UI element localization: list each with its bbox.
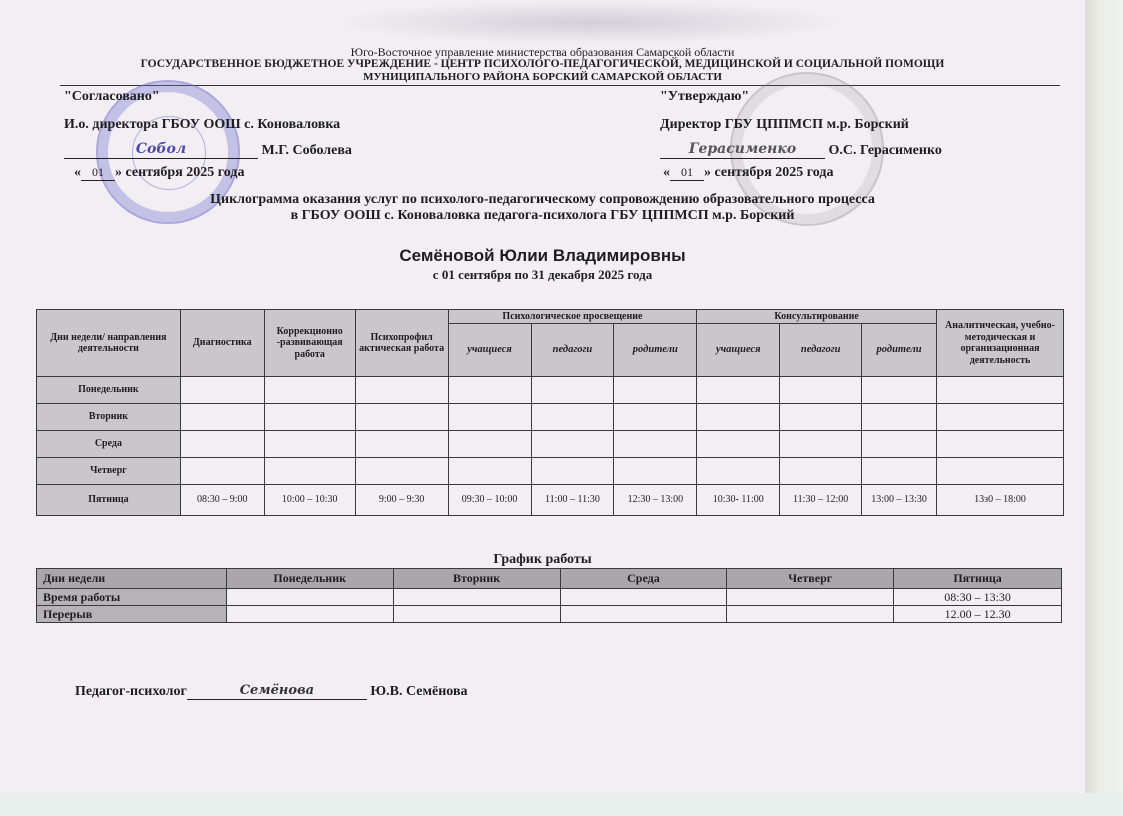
date-day: 01 [81,165,115,181]
schedule-cell [531,377,614,404]
schedule-cell: 11:00 – 11:30 [531,485,614,516]
schedule-cell [862,431,937,458]
schedule-cell: 08:30 – 9:00 [180,485,264,516]
scan-edge [1085,0,1123,816]
work-cell [560,606,727,623]
schedule-cell [180,458,264,485]
approval-left-date: «01» сентября 2025 года [74,165,244,181]
schedule-cell [862,377,937,404]
table-row: Понедельник [37,377,1064,404]
header-sub-teachers: педагоги [531,324,614,377]
schedule-cell [780,458,862,485]
header-sub-teachers: педагоги [780,324,862,377]
approval-left-position: И.о. директора ГБОУ ООШ с. Коноваловка [64,117,340,133]
day-cell: Вторник [37,404,181,431]
work-header-cell: Среда [560,569,727,589]
schedule-cell [355,458,448,485]
row-label: Время работы [37,589,227,606]
header-analytic: Аналитическая, учебно-методическая и орг… [937,310,1064,377]
document-title: Циклограмма оказания услуг по психолого-… [0,192,1085,208]
day-cell: Понедельник [37,377,181,404]
document-subtitle: в ГБОУ ООШ с. Коноваловка педагога-психо… [0,208,1085,224]
date-day: 01 [670,165,704,181]
header-divider [60,85,1060,86]
schedule-cell [355,377,448,404]
schedule-cell [264,458,355,485]
work-cell [560,589,727,606]
schedule-cell [448,458,531,485]
schedule-cell [780,377,862,404]
schedule-cell [448,377,531,404]
header-days: Дни недели/ направления деятельности [37,310,181,377]
signature-icon: Собол [136,141,186,157]
work-header-cell: Понедельник [226,569,393,589]
schedule-cell [697,431,780,458]
work-cell [393,606,560,623]
schedule-cell [697,458,780,485]
table-row: Время работы08:30 – 13:30 [37,589,1062,606]
schedule-cell [614,431,697,458]
row-label: Перерыв [37,606,227,623]
schedule-cell [780,404,862,431]
header-sub-parents: родители [614,324,697,377]
header-prevention: Психопрофил актическая работа [355,310,448,377]
signoff-name: Ю.В. Семёнова [370,684,467,699]
approval-left-label: "Согласовано" [64,89,160,105]
schedule-cell [448,404,531,431]
schedule-cell [531,404,614,431]
scan-smudge [330,0,850,45]
work-cell [727,606,894,623]
day-cell: Пятница [37,485,181,516]
schedule-cell [264,431,355,458]
approval-right-signature-line: Герасименко О.С. Герасименко [660,141,942,159]
schedule-cell [862,404,937,431]
schedule-cell [614,458,697,485]
work-cell [226,589,393,606]
signature-icon: Семёнова [240,683,314,698]
table-row: Четверг [37,458,1064,485]
work-cell [393,589,560,606]
schedule-cell [180,404,264,431]
header-sub-students: учащиеся [448,324,531,377]
work-cell [727,589,894,606]
day-cell: Четверг [37,458,181,485]
schedule-cell [937,458,1064,485]
schedule-cell [448,431,531,458]
work-header-cell: Вторник [393,569,560,589]
header-diagnostics: Диагностика [180,310,264,377]
schedule-cell [180,431,264,458]
table-row: Вторник [37,404,1064,431]
work-cell: 12.00 – 12.30 [894,606,1062,623]
schedule-cell: 10:00 – 10:30 [264,485,355,516]
schedule-cell [180,377,264,404]
schedule-cell [937,404,1064,431]
schedule-cell: 12:30 – 13:00 [614,485,697,516]
header-correction: Коррекционно -развивающая работа [264,310,355,377]
signoff-role: Педагог-психолог [75,684,187,699]
approval-left-name: М.Г. Соболева [262,143,352,158]
approval-right-position: Директор ГБУ ЦППМСП м.р. Борский [660,117,909,133]
schedule-cell [355,431,448,458]
signature-icon: Герасименко [689,141,796,157]
work-header-cell: Пятница [894,569,1062,589]
schedule-cell [697,404,780,431]
work-schedule-table: Дни неделиПонедельникВторникСредаЧетверг… [36,568,1062,623]
schedule-cell [531,431,614,458]
schedule-cell [264,377,355,404]
schedule-cell [937,377,1064,404]
schedule-cell [264,404,355,431]
schedule-cell: 09:30 – 10:00 [448,485,531,516]
work-header-row: Дни неделиПонедельникВторникСредаЧетверг… [37,569,1062,589]
schedule-cell [614,377,697,404]
header-sub-students: учащиеся [697,324,780,377]
cyclogram-table: Дни недели/ направления деятельности Диа… [36,309,1064,516]
day-cell: Среда [37,431,181,458]
work-header-cell: Четверг [727,569,894,589]
person-name: Семёновой Юлии Владимировны [0,246,1085,266]
schedule-cell: 10:30- 11:00 [697,485,780,516]
schedule-cell: 13з0 – 18:00 [937,485,1064,516]
header-institution: ГОСУДАРСТВЕННОЕ БЮДЖЕТНОЕ УЧРЕЖДЕНИЕ - Ц… [0,58,1085,70]
schedule-cell: 13:00 – 13:30 [862,485,937,516]
table-row: Среда [37,431,1064,458]
schedule-cell [862,458,937,485]
header-education-group: Психологическое просвещение [448,310,697,324]
approval-right-label: "Утверждаю" [660,89,749,105]
scanned-document-page: Юго-Восточное управление министерства об… [0,0,1085,793]
approval-right-name: О.С. Герасименко [829,143,942,158]
work-cell: 08:30 – 13:30 [894,589,1062,606]
period: с 01 сентября по 31 декабря 2025 года [0,267,1085,283]
schedule-cell [355,404,448,431]
work-cell [226,606,393,623]
schedule-cell [531,458,614,485]
schedule-cell [937,431,1064,458]
schedule-cell [614,404,697,431]
signoff: Педагог-психологСемёнова Ю.В. Семёнова [75,683,468,700]
table-row: Пятница08:30 – 9:0010:00 – 10:309:00 – 9… [37,485,1064,516]
scan-bottom-margin [0,793,1123,816]
header-sub-parents: родители [862,324,937,377]
approval-right-date: «01» сентября 2025 года [663,165,833,181]
work-schedule-title: График работы [0,552,1085,568]
schedule-cell: 11:30 – 12:00 [780,485,862,516]
header-consulting-group: Консультирование [697,310,937,324]
schedule-cell [780,431,862,458]
table-row: Перерыв12.00 – 12.30 [37,606,1062,623]
work-header-cell: Дни недели [37,569,227,589]
approval-left-signature-line: Собол М.Г. Соболева [64,141,352,159]
schedule-cell: 9:00 – 9:30 [355,485,448,516]
schedule-cell [697,377,780,404]
